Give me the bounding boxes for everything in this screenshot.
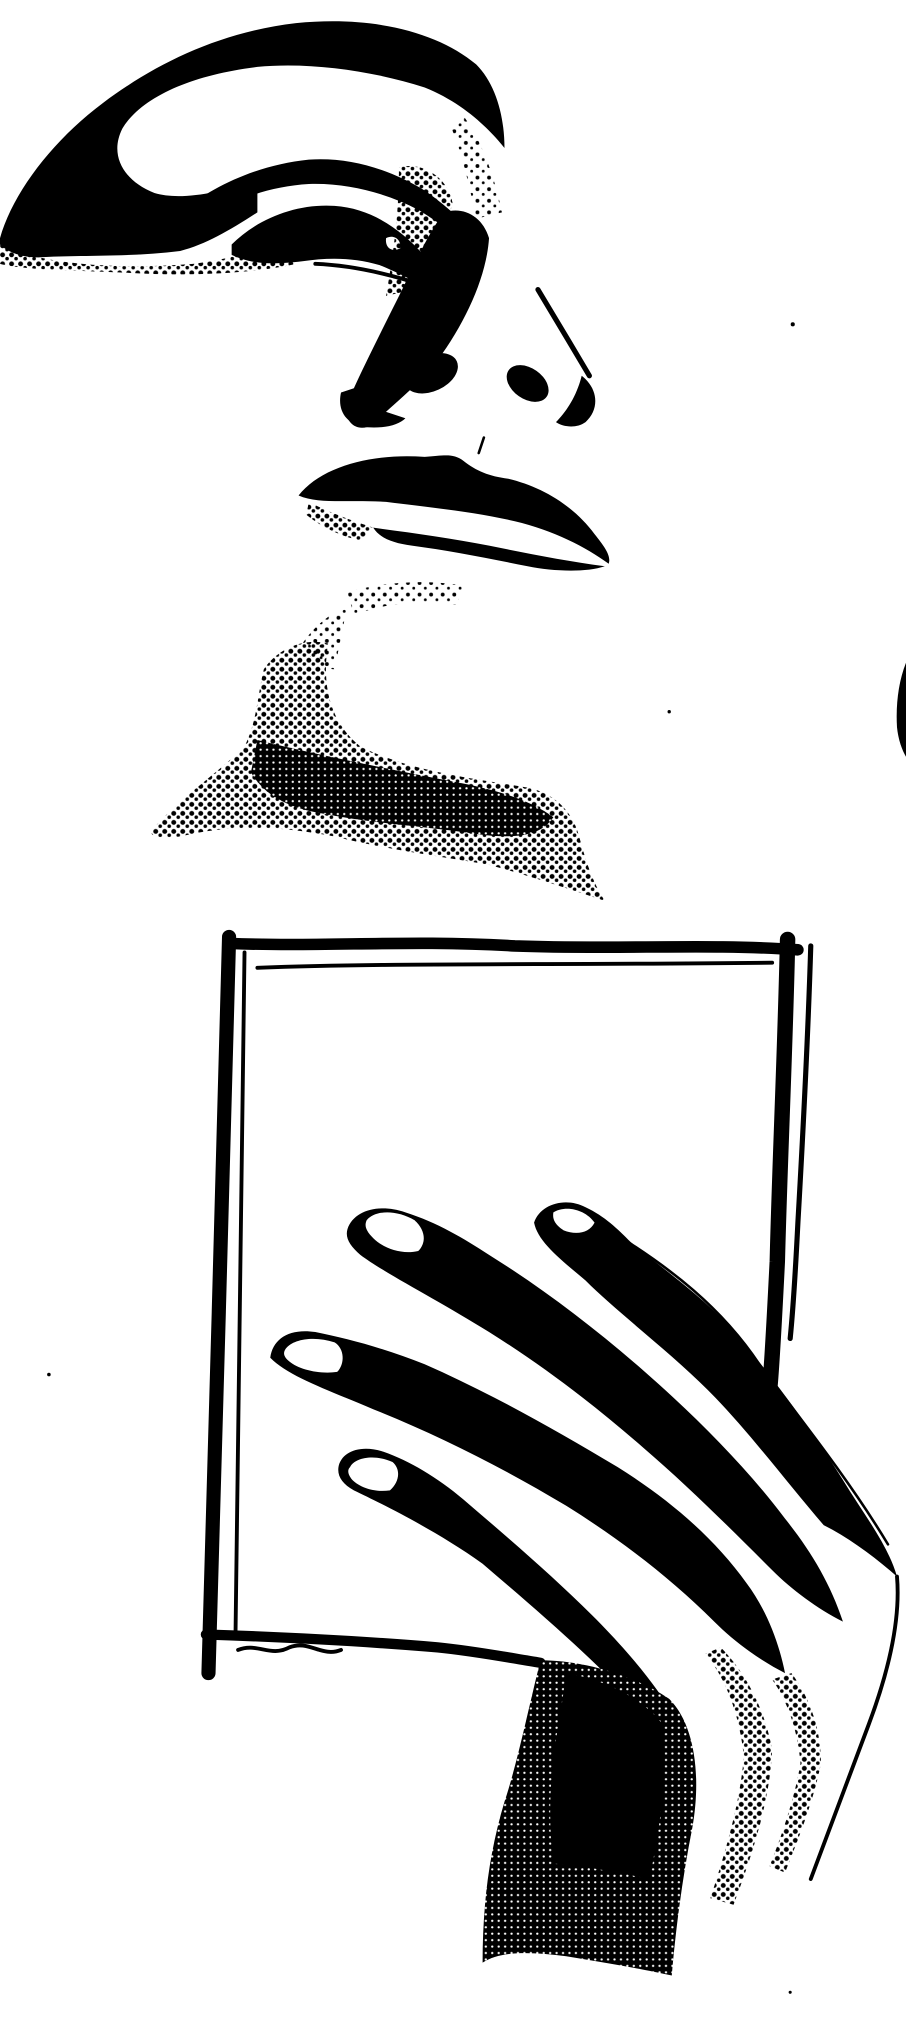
chin-shadow-light xyxy=(302,582,463,669)
lip-stipple xyxy=(306,502,373,541)
philtrum xyxy=(479,438,484,453)
nostril-right xyxy=(500,358,556,410)
frame-top-edge xyxy=(229,943,798,950)
hand-contour-right xyxy=(811,1577,898,1879)
frame-bottom-edge-scallop xyxy=(238,1645,341,1652)
nose-wing xyxy=(556,376,595,427)
illustration xyxy=(0,0,906,2018)
frame-left-edge-inner xyxy=(236,952,245,1634)
partial-glyph xyxy=(897,663,906,757)
frame-right-edge xyxy=(770,940,788,1390)
hand-stipple-right xyxy=(705,1647,821,1904)
frame-top-edge-inner xyxy=(257,963,772,968)
frame-left-edge xyxy=(208,937,229,1673)
hand xyxy=(270,1202,897,1975)
face xyxy=(0,21,609,901)
nose-outline xyxy=(538,290,589,376)
